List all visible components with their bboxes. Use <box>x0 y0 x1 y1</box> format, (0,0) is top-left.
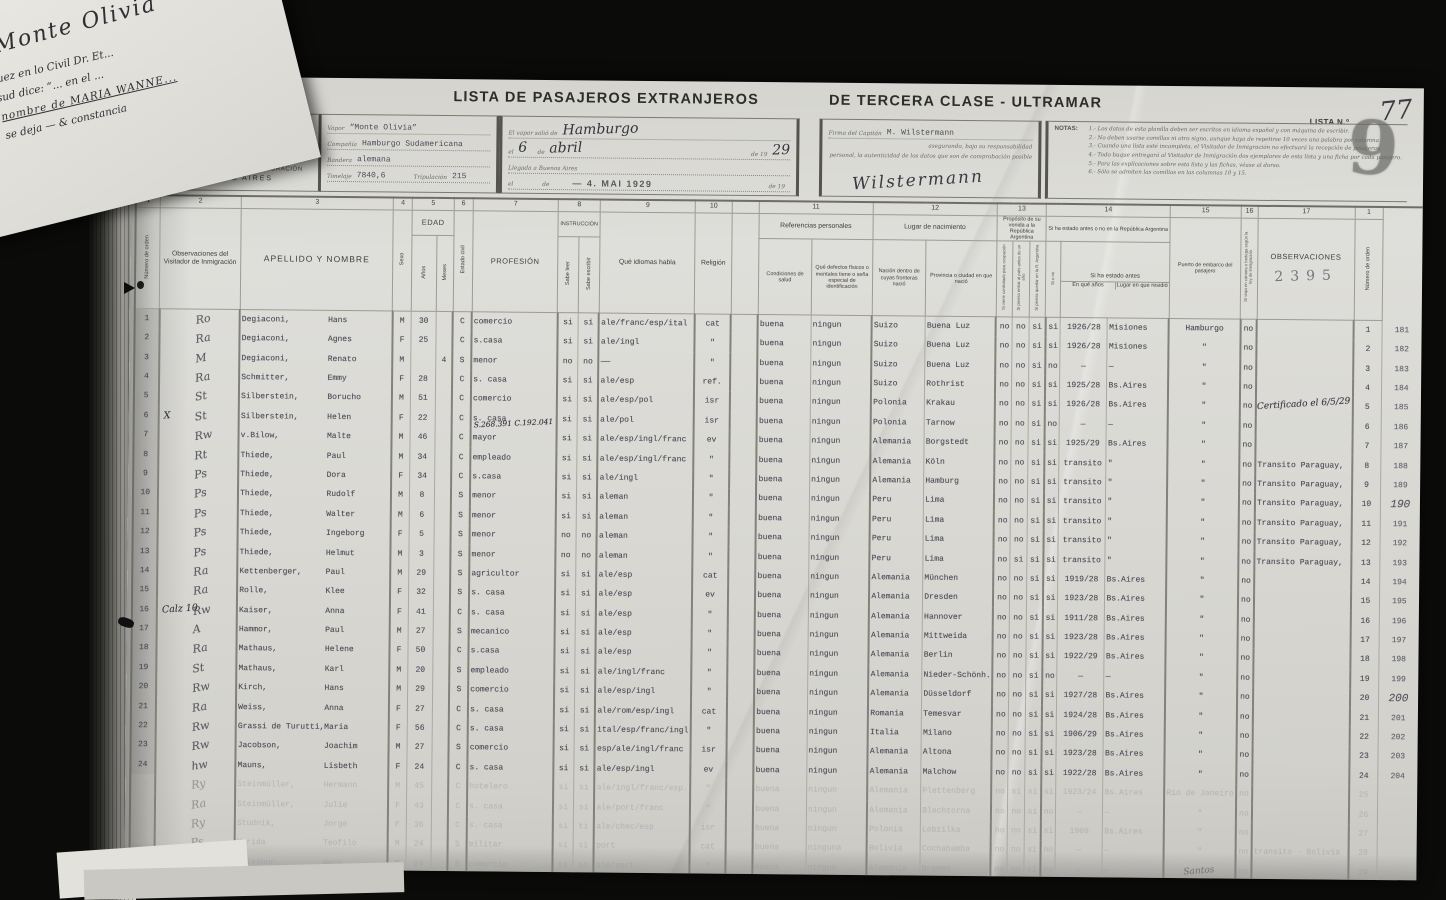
cell-sl: si <box>556 429 577 449</box>
cell-inum: 23 <box>1350 747 1378 767</box>
cell-sal: buena <box>754 664 807 684</box>
cell-yr: transito <box>1059 492 1106 512</box>
cell-sal: buena <box>755 567 808 587</box>
cell-sal: buena <box>755 644 808 664</box>
cell-obs: Transito Paraguay, <box>1255 513 1352 533</box>
cell-sn: si <box>1041 783 1056 803</box>
col-num: 8 <box>558 199 600 211</box>
cell-m <box>434 467 451 487</box>
cell-m <box>431 796 448 816</box>
cell-n: 10 <box>133 483 158 503</box>
cell-c16: no <box>1236 707 1253 727</box>
cell-obs <box>1256 339 1353 359</box>
cell-sal: buena <box>757 392 810 412</box>
header-proposito-sub3: Si piensa quedar en la R. Argentina <box>1029 241 1046 317</box>
cell-gap <box>729 489 756 509</box>
cell-a: 46 <box>410 428 435 448</box>
cell-c16: no <box>1239 397 1256 417</box>
cell-vis: Ry <box>155 774 236 794</box>
col-num: 9 <box>600 200 695 213</box>
cell-ec: C <box>450 641 469 661</box>
cell-ec: S <box>448 855 467 875</box>
cell-sex: F <box>391 466 410 486</box>
cell-def: ningun <box>808 664 869 684</box>
cell-lug: Bs.Aires <box>1107 376 1169 396</box>
header-proposito-sub1: Si viene contratado para ocupación <box>996 241 1013 317</box>
cell-se: si <box>575 604 596 624</box>
cell-name: Kaiser,Anna <box>237 601 390 622</box>
cell-yr: transito <box>1059 473 1106 493</box>
cell-rel: " <box>693 469 730 489</box>
cell-se: si <box>575 584 596 604</box>
cell-pto: " <box>1167 532 1238 552</box>
header-sexo: Sexo <box>393 210 413 312</box>
cell-p3: si <box>1026 627 1043 647</box>
cell-ec: C <box>452 370 471 390</box>
cell-sl: no <box>557 351 578 371</box>
cell-sal: buena <box>753 780 806 800</box>
cell-ec: C <box>453 312 472 332</box>
cell-c16: no <box>1236 746 1253 766</box>
visitor-handwritten-note: X <box>163 410 170 421</box>
cell-gap <box>730 373 757 393</box>
cell-vis: Ra <box>155 697 236 717</box>
cell-c16: no <box>1236 726 1253 746</box>
cell-p3: si <box>1028 453 1045 473</box>
cell-id: ale/esp <box>596 643 691 663</box>
cell-name: Mauns,Lisbeth <box>235 756 388 777</box>
cell-se: si <box>574 720 595 740</box>
cell-p3: si <box>1026 666 1043 686</box>
cell-gap <box>728 663 755 683</box>
cell-id: ale/rom/esp/ingl <box>595 701 690 721</box>
cell-c16: no <box>1240 319 1257 339</box>
cell-pto: " <box>1164 823 1235 843</box>
cell-nac: Alemania <box>871 451 925 471</box>
cell-ciu: Berlin <box>922 646 993 666</box>
cell-pto: " <box>1168 454 1239 474</box>
llegada-label: Llegada a Buenos Aires <box>508 166 577 173</box>
cell-id: ale/esp <box>598 371 693 391</box>
col-num: 2 <box>160 195 241 208</box>
col-num: 11 <box>759 201 873 214</box>
cell-ec: C <box>453 331 472 351</box>
cell-inum: 28 <box>1349 844 1377 864</box>
cell-prof: s. casa <box>468 700 554 720</box>
cell-gap <box>729 547 756 567</box>
cell-sl: si <box>556 448 577 468</box>
cell-yr: transito <box>1059 453 1106 473</box>
cell-n: 5 <box>134 386 159 406</box>
cell-edge: 184 <box>1381 379 1421 399</box>
de19-label: de 19 <box>751 152 767 158</box>
cell-obs <box>1252 824 1349 844</box>
cell-m <box>432 680 449 700</box>
cell-yr: 1922/29 <box>1057 647 1104 667</box>
cell-nac: Bolivia <box>867 839 921 859</box>
passenger-table: 1 2 3 4 5 6 7 8 9 10 11 12 13 14 15 16 1… <box>128 194 1423 880</box>
cell-c16: no <box>1237 630 1254 650</box>
cell-sex: F <box>392 331 411 351</box>
cell-gap <box>727 760 754 780</box>
cell-name: Grassi de Turutti,Maria <box>236 717 389 738</box>
cell-c16: no <box>1235 823 1252 843</box>
cell-a: 30 <box>406 874 431 881</box>
cell-rel: " <box>689 857 726 877</box>
cell-m <box>431 777 448 797</box>
cell-n: 24 <box>130 755 155 775</box>
cell-n: 16 <box>132 600 157 620</box>
cell-a: 28 <box>411 369 436 389</box>
col-num: 17 <box>1258 206 1355 219</box>
cell-p3: si <box>1027 492 1044 512</box>
cell-a: 24 <box>407 757 432 777</box>
cell-id: ale/esp/ingl/franc <box>598 449 693 469</box>
tripulacion-label: Tripulación <box>413 175 447 181</box>
table-header: 1 2 3 4 5 6 7 8 9 10 11 12 13 14 15 16 1… <box>135 195 1423 321</box>
cell-gap <box>728 586 755 606</box>
cell-ec: C <box>452 389 471 409</box>
cell-prof: mayor <box>471 428 557 448</box>
header-provincia: Provincia o ciudad en que nació <box>925 240 996 316</box>
cell-pto: Hamburgo <box>1169 319 1240 339</box>
cell-sn: no <box>1040 860 1055 880</box>
cell-pto: " <box>1165 765 1236 785</box>
cell-ciu: Bremen <box>920 859 991 879</box>
cell-rel: ev <box>693 430 730 450</box>
cell-se: si <box>575 681 596 701</box>
cell-n: 3 <box>134 347 159 367</box>
cell-name: Thiede,Ingeborg <box>238 523 391 544</box>
cell-se: si <box>573 856 594 876</box>
cell-sex: M <box>391 505 410 525</box>
cell-name: Thiede,Walter <box>238 504 391 525</box>
cell-ciu: Lima <box>923 549 994 569</box>
cell-sl: si <box>553 739 574 759</box>
cell-p1: no <box>992 705 1009 725</box>
cell-sex: F <box>392 408 411 428</box>
cell-se: si <box>573 798 594 818</box>
cell-lug: Bs.Aires <box>1104 706 1166 726</box>
cell-inum: 7 <box>1353 437 1381 457</box>
departure-port-handwritten: Hamburgo <box>562 121 638 139</box>
cell-obs <box>1257 319 1354 339</box>
cell-prof: s. casa <box>467 758 553 778</box>
cell-a: 50 <box>408 641 433 661</box>
cell-p2: no <box>1007 860 1024 880</box>
cell-ciu: Düsseldorf <box>922 685 993 705</box>
cell-p2: no <box>1011 453 1028 473</box>
cell-sex: M <box>388 738 407 758</box>
cell-inum: 22 <box>1350 728 1378 748</box>
col-num: 1 <box>1355 207 1383 219</box>
cell-vis: StX <box>158 406 239 426</box>
cell-p3: si <box>1025 686 1042 706</box>
cell-def: ningun <box>809 490 870 510</box>
cell-pto: " <box>1165 726 1236 746</box>
cell-c16: no <box>1238 533 1255 553</box>
cell-id: ale/port <box>594 856 689 876</box>
cell-inum: 24 <box>1349 766 1377 786</box>
cell-nac: Polonia <box>871 413 925 433</box>
cell-p2: no <box>1012 395 1029 415</box>
cell-vis: Ra <box>154 794 235 814</box>
cell-nac: Alemania <box>867 781 921 801</box>
cell-gap <box>727 683 754 703</box>
cell-n: 9 <box>133 464 158 484</box>
cell-p3: si <box>1024 860 1041 880</box>
cell-sl: si <box>554 604 575 624</box>
cell-sl: no <box>555 545 576 565</box>
cell-a <box>411 350 436 370</box>
cell-ciu: Tarnow <box>924 413 995 433</box>
header-puerto: Puerto de embarco del pasajero <box>1169 217 1241 319</box>
cell-p2: no <box>1008 744 1025 764</box>
cell-rel: cat <box>689 838 726 858</box>
cell-nac: Alemania <box>870 471 924 491</box>
cell-nac: Suizo <box>872 316 926 336</box>
cell-obs <box>1256 416 1353 436</box>
observation-handwritten: Certificado el 6/5/29 <box>1257 397 1351 413</box>
header-profesion: PROFESIÓN <box>472 210 558 312</box>
cell-p2: no <box>1010 608 1027 628</box>
cell-se: si <box>576 565 597 585</box>
cell-rel: " <box>691 682 728 702</box>
cell-inum: 2 <box>1354 340 1382 360</box>
cell-p1: no <box>993 588 1010 608</box>
cell-sal: buena <box>757 450 810 470</box>
cell-n: 25 <box>130 774 155 794</box>
cell-rel: isr <box>693 411 730 431</box>
cell-def: ningun <box>806 800 867 820</box>
cell-c16: no <box>1240 377 1257 397</box>
cell-c16: no <box>1235 862 1252 880</box>
cell-obs <box>1251 862 1348 880</box>
header-gap <box>731 213 759 315</box>
header-meses: Meses <box>436 236 454 312</box>
cell-p3: si <box>1025 783 1042 803</box>
cell-edge: 189 <box>1380 476 1420 496</box>
header-numero-2: Número de orden <box>1354 219 1383 321</box>
captain-line1: asegurando, bajo su responsabilidad <box>828 143 1032 151</box>
cell-nac <box>866 878 920 880</box>
cell-edge <box>1377 805 1417 825</box>
cell-inum: 11 <box>1352 514 1380 534</box>
cell-def: ningun <box>810 470 871 490</box>
cell-nac: Alemania <box>869 568 923 588</box>
cell-pto: Rio de Janeiro <box>1164 784 1235 804</box>
cell-prof: comercio <box>472 312 558 332</box>
cell-ec: C <box>452 428 471 448</box>
cell-nac: Suizo <box>871 374 925 394</box>
tonelaje-label: Tonelaje <box>327 174 352 180</box>
cell-a: 6 <box>409 505 434 525</box>
cell-a: 56 <box>407 719 432 739</box>
cell-se: si <box>577 429 598 449</box>
cell-prof: s. casa <box>471 370 557 390</box>
cell-def: ningun <box>808 606 869 626</box>
cell-ciu: Blechtorna <box>921 801 992 821</box>
cell-lug: Bs.Aires <box>1104 686 1166 706</box>
cell-prof: s. casa <box>469 583 555 603</box>
cell-obs <box>1252 804 1349 824</box>
cell-lug: — <box>1102 842 1164 862</box>
cell-pto: " <box>1166 648 1237 668</box>
cell-sal: buena <box>753 858 806 878</box>
cell-name: Degiaconi,Hans <box>240 310 393 331</box>
cell-pto: " <box>1167 474 1238 494</box>
cell-p2: no <box>1013 317 1030 337</box>
header-visitador: Observaciones del Visitador de Inmigraci… <box>159 207 241 309</box>
cell-name: Studnik,Jorge <box>235 814 388 835</box>
cell-se: si <box>576 487 597 507</box>
cell-rel: " <box>692 527 729 547</box>
header-proposito: Propósito de su venida a la República Ar… <box>997 215 1047 241</box>
cell-p2: no <box>1009 705 1026 725</box>
cell-ec: S <box>451 564 470 584</box>
cell-lug: — <box>1107 357 1169 377</box>
cell-p1: no <box>994 530 1011 550</box>
cell-p1: no <box>996 336 1013 356</box>
cell-c16: no <box>1240 339 1257 359</box>
cell-p1: no <box>991 821 1008 841</box>
cell-m <box>434 505 451 525</box>
cell-rel: " <box>694 353 731 373</box>
cell-a: 43 <box>407 796 432 816</box>
cell-m <box>430 874 447 881</box>
cell-sal: buena <box>757 412 810 432</box>
cell-sn: no <box>1040 841 1055 861</box>
cell-name: Thiede,Dora <box>238 465 391 486</box>
cell-id: ale/port/franc <box>594 798 689 818</box>
compania-value: Hamburgo Sudamericana <box>362 139 463 149</box>
cell-vis: Ry <box>154 813 235 833</box>
cell-yr: 1923/28 <box>1058 589 1105 609</box>
cell-prof: hotelero <box>467 777 553 797</box>
cell-inum: 18 <box>1351 650 1379 670</box>
cell-obs <box>1253 688 1350 708</box>
cell-c16: no <box>1237 610 1254 630</box>
cell-p3: si <box>1028 472 1045 492</box>
cell-vis: Rt <box>158 445 239 465</box>
header-edge-blank <box>1382 219 1423 321</box>
cell-m <box>434 486 451 506</box>
cell-m <box>435 389 452 409</box>
cell-yr: — <box>1055 841 1102 861</box>
cell-p1: no <box>995 453 1012 473</box>
cell-se: si <box>578 313 599 333</box>
cell-def: ningun <box>810 412 871 432</box>
cell-obs <box>1256 378 1353 398</box>
cell-id: aleman <box>597 488 692 508</box>
cell-nac: Romania <box>868 704 922 724</box>
arrival-date-stamp: — 4. MAI 1929 <box>572 178 652 189</box>
header-col16: Si viaja en cámara o bodega según la ley… <box>1240 218 1258 320</box>
cell-a: 45 <box>407 777 432 797</box>
cell-vis: Ra <box>159 367 240 387</box>
cell-gap <box>729 528 756 548</box>
cell-sn: si <box>1044 434 1059 454</box>
cell-m <box>435 447 452 467</box>
cell-m <box>435 409 452 429</box>
cell-sn: si <box>1043 569 1058 589</box>
col-num <box>732 201 759 213</box>
cell-inum: 21 <box>1350 708 1378 728</box>
cell-a: 27 <box>408 622 433 642</box>
cell-edge <box>1377 786 1417 806</box>
cell-se: ti <box>573 817 594 837</box>
header-sabe-leer: Sabe leer <box>557 237 579 313</box>
cell-a: 25 <box>411 331 436 351</box>
cell-name: v.Bilow,Malte <box>239 426 392 447</box>
cell-a: 51 <box>410 389 435 409</box>
page-title: LISTA DE PASAJEROS EXTRANJEROS DE TERCER… <box>132 86 1424 114</box>
cell-p2: no <box>1012 375 1029 395</box>
cell-id: aleman <box>597 526 692 546</box>
cell-obs <box>1253 746 1350 766</box>
cell-prof: s.casa <box>469 642 555 662</box>
cell-name: Kettenberger,Paul <box>237 562 390 583</box>
cell-yr: 1922/28 <box>1056 764 1103 784</box>
cell-ciu: Rothrist <box>925 374 996 394</box>
cell-se: si <box>574 778 595 798</box>
cell-ciu: Buena Luz <box>925 355 996 375</box>
cell-p1: no <box>995 433 1012 453</box>
cell-name: Hammor,Paul <box>237 620 390 641</box>
cell-nac: Alemania <box>869 587 923 607</box>
cell-sn: si <box>1045 337 1060 357</box>
header-si-o-no: Si o no <box>1046 242 1061 318</box>
salio-label: El vapor salió de <box>508 131 557 137</box>
cell-n: 26 <box>130 793 155 813</box>
cell-pto: " <box>1168 377 1239 397</box>
cell-p3: si <box>1028 375 1045 395</box>
cell-gap <box>726 857 753 877</box>
cell-m <box>433 564 450 584</box>
cell-pto: " <box>1168 396 1239 416</box>
firma-label: Firma del Capitán <box>828 131 881 138</box>
cell-sex: M <box>392 389 411 409</box>
cell-a: 30 <box>411 311 436 331</box>
cell-rel: " <box>690 799 727 819</box>
cell-m <box>433 583 450 603</box>
cell-sn: si <box>1043 628 1058 648</box>
cell-sex: M <box>387 835 406 855</box>
cell-rel: " <box>691 644 728 664</box>
cell-sl: si <box>553 720 574 740</box>
cell-yr: 1923/28 <box>1056 744 1103 764</box>
cell-sl: si <box>555 584 576 604</box>
cell-ciu: Buena Luz <box>925 316 996 336</box>
cell-p3: si <box>1027 569 1044 589</box>
cell-rel: " <box>693 489 730 509</box>
cell-inum: 10 <box>1352 495 1380 515</box>
cell-edge: 182 <box>1382 340 1422 360</box>
cell-p1: no <box>993 627 1010 647</box>
cell-lug: Bs.Aires <box>1104 725 1166 745</box>
cell-id: ale/esp <box>596 623 691 643</box>
cell-id: port <box>594 837 689 857</box>
cell-inum: 5 <box>1353 398 1381 418</box>
cell-yr: 1926/28 <box>1060 395 1107 415</box>
cell-lug: — <box>1107 415 1169 435</box>
cell-c16: no <box>1237 649 1254 669</box>
cell-nac: Peru <box>870 490 924 510</box>
cell-a: 5 <box>409 525 434 545</box>
cell-sex: M <box>390 544 409 564</box>
cell-m <box>433 622 450 642</box>
cell-sal: buena <box>753 799 806 819</box>
